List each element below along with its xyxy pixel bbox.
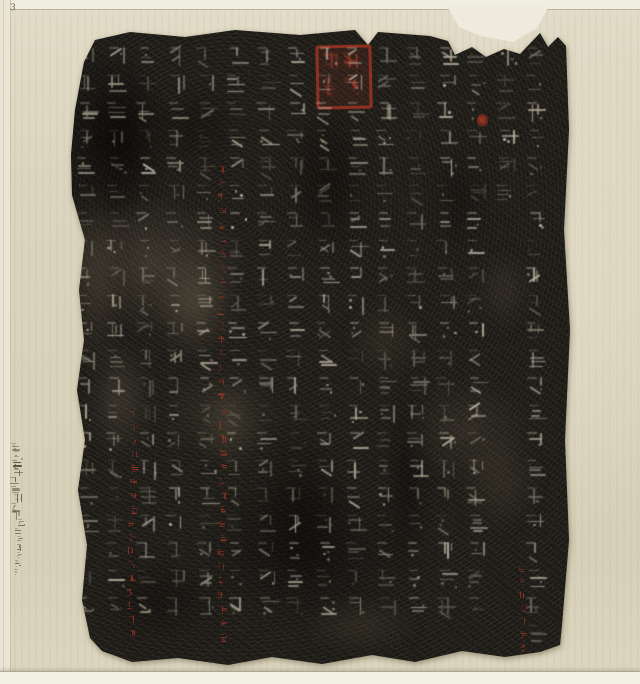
glyph bbox=[290, 101, 309, 122]
glyph bbox=[135, 321, 154, 342]
glyph bbox=[467, 431, 486, 452]
glyph bbox=[440, 156, 459, 177]
glyph bbox=[15, 560, 22, 568]
glyph bbox=[106, 459, 125, 480]
glyph bbox=[468, 349, 487, 370]
glyph bbox=[130, 437, 138, 446]
glyph bbox=[197, 349, 216, 370]
glyph bbox=[378, 239, 397, 260]
glyph bbox=[106, 321, 125, 342]
glyph bbox=[258, 569, 277, 590]
glyph bbox=[347, 46, 366, 67]
glyph bbox=[107, 294, 126, 315]
glyph bbox=[129, 574, 137, 583]
glyph bbox=[75, 541, 94, 562]
glyph bbox=[376, 514, 395, 535]
glyph bbox=[436, 184, 455, 205]
glyph bbox=[196, 239, 215, 260]
glyph bbox=[139, 404, 158, 425]
glyph bbox=[467, 129, 486, 150]
glyph bbox=[528, 404, 547, 425]
glyph bbox=[170, 569, 189, 590]
glyph bbox=[527, 101, 546, 122]
wear-patch bbox=[480, 250, 530, 330]
glyph bbox=[377, 74, 396, 95]
glyph bbox=[195, 321, 214, 342]
glyph bbox=[378, 376, 397, 397]
glyph bbox=[105, 541, 124, 562]
glyph bbox=[256, 211, 275, 232]
glyph bbox=[518, 565, 526, 574]
glyph bbox=[408, 74, 427, 95]
glyph bbox=[165, 266, 184, 287]
glyph bbox=[407, 211, 426, 232]
glyph bbox=[220, 250, 228, 259]
glyph bbox=[77, 294, 96, 315]
glyph bbox=[525, 514, 544, 535]
glyph bbox=[286, 376, 305, 397]
glyph bbox=[108, 46, 127, 67]
glyph bbox=[347, 101, 366, 122]
glyph bbox=[130, 479, 138, 488]
glyph bbox=[127, 561, 135, 570]
glyph bbox=[318, 404, 337, 425]
glyph bbox=[258, 376, 277, 397]
glyph bbox=[500, 129, 519, 150]
glyph bbox=[165, 514, 184, 535]
glyph bbox=[347, 514, 366, 535]
glyph bbox=[258, 514, 277, 535]
glyph bbox=[379, 101, 398, 122]
glyph bbox=[165, 596, 184, 617]
glyph bbox=[285, 486, 304, 507]
glyph bbox=[318, 486, 337, 507]
glyph bbox=[257, 431, 276, 452]
glyph bbox=[219, 208, 227, 217]
glyph bbox=[437, 266, 456, 287]
glyph bbox=[78, 74, 97, 95]
glyph bbox=[107, 349, 126, 370]
glyph bbox=[217, 591, 225, 600]
glyph bbox=[107, 596, 126, 617]
glyph bbox=[105, 514, 124, 535]
glyph bbox=[140, 156, 159, 177]
glyph bbox=[127, 602, 135, 611]
glyph bbox=[78, 239, 97, 260]
glyph bbox=[108, 376, 127, 397]
glyph bbox=[138, 486, 157, 507]
glyph bbox=[347, 349, 366, 370]
glyph bbox=[317, 431, 336, 452]
glyph bbox=[258, 129, 277, 150]
glyph bbox=[318, 294, 337, 315]
glyph bbox=[500, 46, 519, 67]
glyph bbox=[527, 294, 546, 315]
glyph bbox=[200, 486, 219, 507]
glyph bbox=[130, 451, 138, 460]
glyph bbox=[520, 643, 528, 652]
glyph bbox=[130, 410, 138, 419]
glyph bbox=[379, 404, 398, 425]
scanned-rubbing-page: { "page": { "corner_mark": "3", "colors"… bbox=[0, 0, 640, 684]
glyph bbox=[139, 431, 158, 452]
glyph bbox=[80, 431, 99, 452]
glyph bbox=[199, 74, 218, 95]
glyph bbox=[80, 129, 99, 150]
glyph bbox=[348, 239, 367, 260]
glyph bbox=[405, 129, 424, 150]
glyph bbox=[408, 514, 427, 535]
glyph bbox=[408, 486, 427, 507]
glyph bbox=[409, 459, 428, 480]
glyph bbox=[289, 156, 308, 177]
glyph bbox=[138, 376, 157, 397]
glyph bbox=[440, 569, 459, 590]
glyph bbox=[138, 184, 157, 205]
glyph bbox=[435, 239, 454, 260]
glyph bbox=[319, 596, 338, 617]
glyph bbox=[15, 527, 22, 535]
glyph bbox=[466, 294, 485, 315]
glyph bbox=[525, 184, 544, 205]
glyph bbox=[517, 591, 525, 600]
glyph bbox=[220, 634, 228, 643]
glyph bbox=[287, 211, 306, 232]
glyph bbox=[196, 266, 215, 287]
glyph bbox=[525, 596, 544, 617]
glyph bbox=[286, 569, 305, 590]
glyph bbox=[217, 392, 225, 401]
glyph bbox=[257, 349, 276, 370]
glyph bbox=[168, 404, 187, 425]
glyph bbox=[467, 211, 486, 232]
glyph bbox=[319, 211, 338, 232]
glyph bbox=[436, 486, 455, 507]
glyph bbox=[347, 486, 366, 507]
glyph bbox=[527, 156, 546, 177]
glyph bbox=[75, 266, 94, 287]
glyph bbox=[289, 431, 308, 452]
glyph bbox=[168, 239, 187, 260]
wear-patch bbox=[250, 430, 350, 590]
glyph bbox=[225, 514, 244, 535]
glyph bbox=[166, 321, 185, 342]
glyph bbox=[376, 569, 395, 590]
glyph bbox=[526, 239, 545, 260]
glyph bbox=[257, 321, 276, 342]
glyph bbox=[410, 101, 429, 122]
glyph bbox=[220, 406, 228, 415]
glyph bbox=[520, 578, 528, 587]
glyph bbox=[346, 74, 365, 95]
glyph bbox=[407, 321, 426, 342]
glyph bbox=[75, 404, 94, 425]
glyph bbox=[469, 541, 488, 562]
glyph bbox=[126, 547, 134, 556]
glyph bbox=[165, 211, 184, 232]
glyph bbox=[107, 184, 126, 205]
glyph bbox=[227, 486, 246, 507]
glyph bbox=[529, 129, 548, 150]
glyph bbox=[108, 486, 127, 507]
glyph bbox=[108, 129, 127, 150]
glyph bbox=[195, 46, 214, 67]
glyph bbox=[167, 129, 186, 150]
glyph bbox=[109, 211, 128, 232]
glyph bbox=[196, 184, 215, 205]
glyph bbox=[258, 404, 277, 425]
glyph bbox=[169, 46, 188, 67]
glyph bbox=[317, 74, 336, 95]
glyph bbox=[78, 349, 97, 370]
glyph bbox=[377, 431, 396, 452]
glyph bbox=[347, 156, 366, 177]
glyph bbox=[167, 541, 186, 562]
glyph bbox=[257, 294, 276, 315]
glyph bbox=[136, 74, 155, 95]
glyph bbox=[527, 46, 546, 67]
glyph bbox=[350, 129, 369, 150]
glyph bbox=[129, 616, 137, 625]
glyph bbox=[345, 541, 364, 562]
glyph bbox=[136, 569, 155, 590]
glyph bbox=[138, 266, 157, 287]
glyph bbox=[468, 321, 487, 342]
glyph bbox=[17, 544, 24, 552]
glyph bbox=[407, 431, 426, 452]
glyph bbox=[257, 184, 276, 205]
glyph bbox=[407, 239, 426, 260]
glyph bbox=[257, 541, 276, 562]
glyph bbox=[199, 376, 218, 397]
glyph bbox=[226, 431, 245, 452]
glyph bbox=[495, 74, 514, 95]
glyph bbox=[407, 404, 426, 425]
glyph bbox=[377, 266, 396, 287]
glyph bbox=[77, 321, 96, 342]
glyph bbox=[109, 266, 128, 287]
glyph bbox=[408, 184, 427, 205]
glyph bbox=[79, 486, 98, 507]
glyph bbox=[528, 349, 547, 370]
glyph bbox=[469, 376, 488, 397]
glyph bbox=[466, 156, 485, 177]
glyph bbox=[168, 184, 187, 205]
glyph bbox=[468, 74, 487, 95]
glyph bbox=[17, 535, 24, 543]
stone-rubbing bbox=[70, 26, 572, 668]
glyph bbox=[408, 569, 427, 590]
glyph bbox=[377, 486, 396, 507]
glyph bbox=[316, 129, 335, 150]
glyph bbox=[288, 541, 307, 562]
glyph bbox=[405, 266, 424, 287]
glyph bbox=[77, 211, 96, 232]
glyph bbox=[219, 222, 227, 231]
glyph bbox=[135, 101, 154, 122]
glyph bbox=[130, 506, 138, 515]
glyph bbox=[435, 514, 454, 535]
glyph bbox=[167, 376, 186, 397]
glyph bbox=[469, 184, 488, 205]
glyph bbox=[439, 211, 458, 232]
glyph bbox=[220, 605, 228, 614]
glyph bbox=[130, 465, 138, 474]
glyph bbox=[528, 569, 547, 590]
glyph bbox=[130, 424, 138, 433]
glyph bbox=[470, 514, 489, 535]
glyph bbox=[347, 294, 366, 315]
glyph bbox=[197, 541, 216, 562]
glyph bbox=[227, 266, 246, 287]
glyph bbox=[229, 46, 248, 67]
glyph bbox=[495, 101, 514, 122]
glyph bbox=[378, 211, 397, 232]
glyph bbox=[435, 376, 454, 397]
glyph bbox=[467, 239, 486, 260]
glyph bbox=[530, 211, 549, 232]
glyph bbox=[79, 459, 98, 480]
glyph bbox=[316, 184, 335, 205]
glyph bbox=[198, 156, 217, 177]
glyph bbox=[168, 486, 187, 507]
glyph bbox=[167, 349, 186, 370]
glyph bbox=[220, 435, 228, 444]
glyph bbox=[198, 514, 217, 535]
glyph bbox=[318, 349, 337, 370]
glyph bbox=[107, 404, 126, 425]
glyph bbox=[217, 193, 225, 202]
glyph bbox=[348, 404, 367, 425]
glyph bbox=[228, 294, 247, 315]
glyph bbox=[225, 404, 244, 425]
glyph bbox=[525, 541, 544, 562]
glyph bbox=[170, 74, 189, 95]
glyph bbox=[290, 404, 309, 425]
glyph bbox=[440, 294, 459, 315]
glyph bbox=[229, 184, 248, 205]
glyph bbox=[76, 156, 95, 177]
glyph bbox=[315, 101, 334, 122]
glyph bbox=[220, 534, 228, 543]
glyph bbox=[196, 211, 215, 232]
glyph bbox=[170, 294, 189, 315]
glyph bbox=[527, 486, 546, 507]
glyph bbox=[226, 459, 245, 480]
glyph bbox=[219, 293, 227, 302]
glyph bbox=[107, 74, 126, 95]
glyph bbox=[377, 541, 396, 562]
glyph bbox=[440, 46, 459, 67]
glyph bbox=[525, 266, 544, 287]
glyph bbox=[220, 236, 228, 245]
glyph bbox=[105, 239, 124, 260]
margin-annotation bbox=[0, 0, 34, 260]
glyph bbox=[257, 46, 276, 67]
glyph bbox=[320, 46, 339, 67]
glyph bbox=[230, 349, 249, 370]
glyph bbox=[109, 156, 128, 177]
glyph bbox=[287, 46, 306, 67]
glyph bbox=[519, 617, 527, 626]
glyph bbox=[348, 596, 367, 617]
glyph bbox=[77, 184, 96, 205]
glyph bbox=[77, 376, 96, 397]
glyph bbox=[138, 129, 157, 150]
glyph bbox=[466, 101, 485, 122]
glyph bbox=[440, 129, 459, 150]
glyph bbox=[127, 520, 135, 529]
glyph bbox=[168, 101, 187, 122]
glyph bbox=[219, 165, 227, 174]
glyph bbox=[78, 46, 97, 67]
glyph bbox=[217, 364, 225, 373]
glyph bbox=[409, 349, 428, 370]
glyph bbox=[520, 630, 528, 639]
glyph bbox=[378, 46, 397, 67]
glyph bbox=[139, 239, 158, 260]
glyph bbox=[288, 459, 307, 480]
glyph bbox=[467, 404, 486, 425]
glyph bbox=[375, 129, 394, 150]
glyph bbox=[437, 541, 456, 562]
glyph bbox=[229, 541, 248, 562]
glyph bbox=[230, 156, 249, 177]
glyph bbox=[199, 404, 218, 425]
glyph bbox=[498, 156, 517, 177]
glyph bbox=[378, 156, 397, 177]
glyph bbox=[348, 211, 367, 232]
glyph bbox=[200, 101, 219, 122]
glyph bbox=[440, 74, 459, 95]
glyph bbox=[136, 294, 155, 315]
glyph bbox=[227, 321, 246, 342]
glyph bbox=[468, 596, 487, 617]
glyph bbox=[77, 569, 96, 590]
glyph bbox=[317, 239, 336, 260]
glyph bbox=[139, 349, 158, 370]
glyph bbox=[256, 459, 275, 480]
glyph bbox=[228, 129, 247, 150]
glyph bbox=[287, 266, 306, 287]
glyph bbox=[196, 294, 215, 315]
glyph bbox=[378, 459, 397, 480]
glyph bbox=[346, 569, 365, 590]
glyph bbox=[229, 239, 248, 260]
glyph bbox=[129, 533, 137, 542]
glyph bbox=[226, 74, 245, 95]
glyph bbox=[527, 624, 546, 645]
glyph bbox=[320, 541, 339, 562]
glyph bbox=[527, 431, 546, 452]
glyph bbox=[290, 184, 309, 205]
glyph bbox=[219, 378, 227, 387]
glyph bbox=[438, 431, 457, 452]
glyph bbox=[218, 477, 226, 486]
glyph bbox=[220, 619, 228, 628]
glyph bbox=[288, 321, 307, 342]
glyph bbox=[437, 596, 456, 617]
glyph bbox=[437, 101, 456, 122]
glyph bbox=[527, 376, 546, 397]
glyph bbox=[260, 596, 279, 617]
glyph bbox=[438, 459, 457, 480]
glyph bbox=[408, 596, 427, 617]
glyph bbox=[16, 552, 23, 560]
glyph bbox=[468, 459, 487, 480]
glyph bbox=[437, 349, 456, 370]
glyph bbox=[230, 569, 249, 590]
